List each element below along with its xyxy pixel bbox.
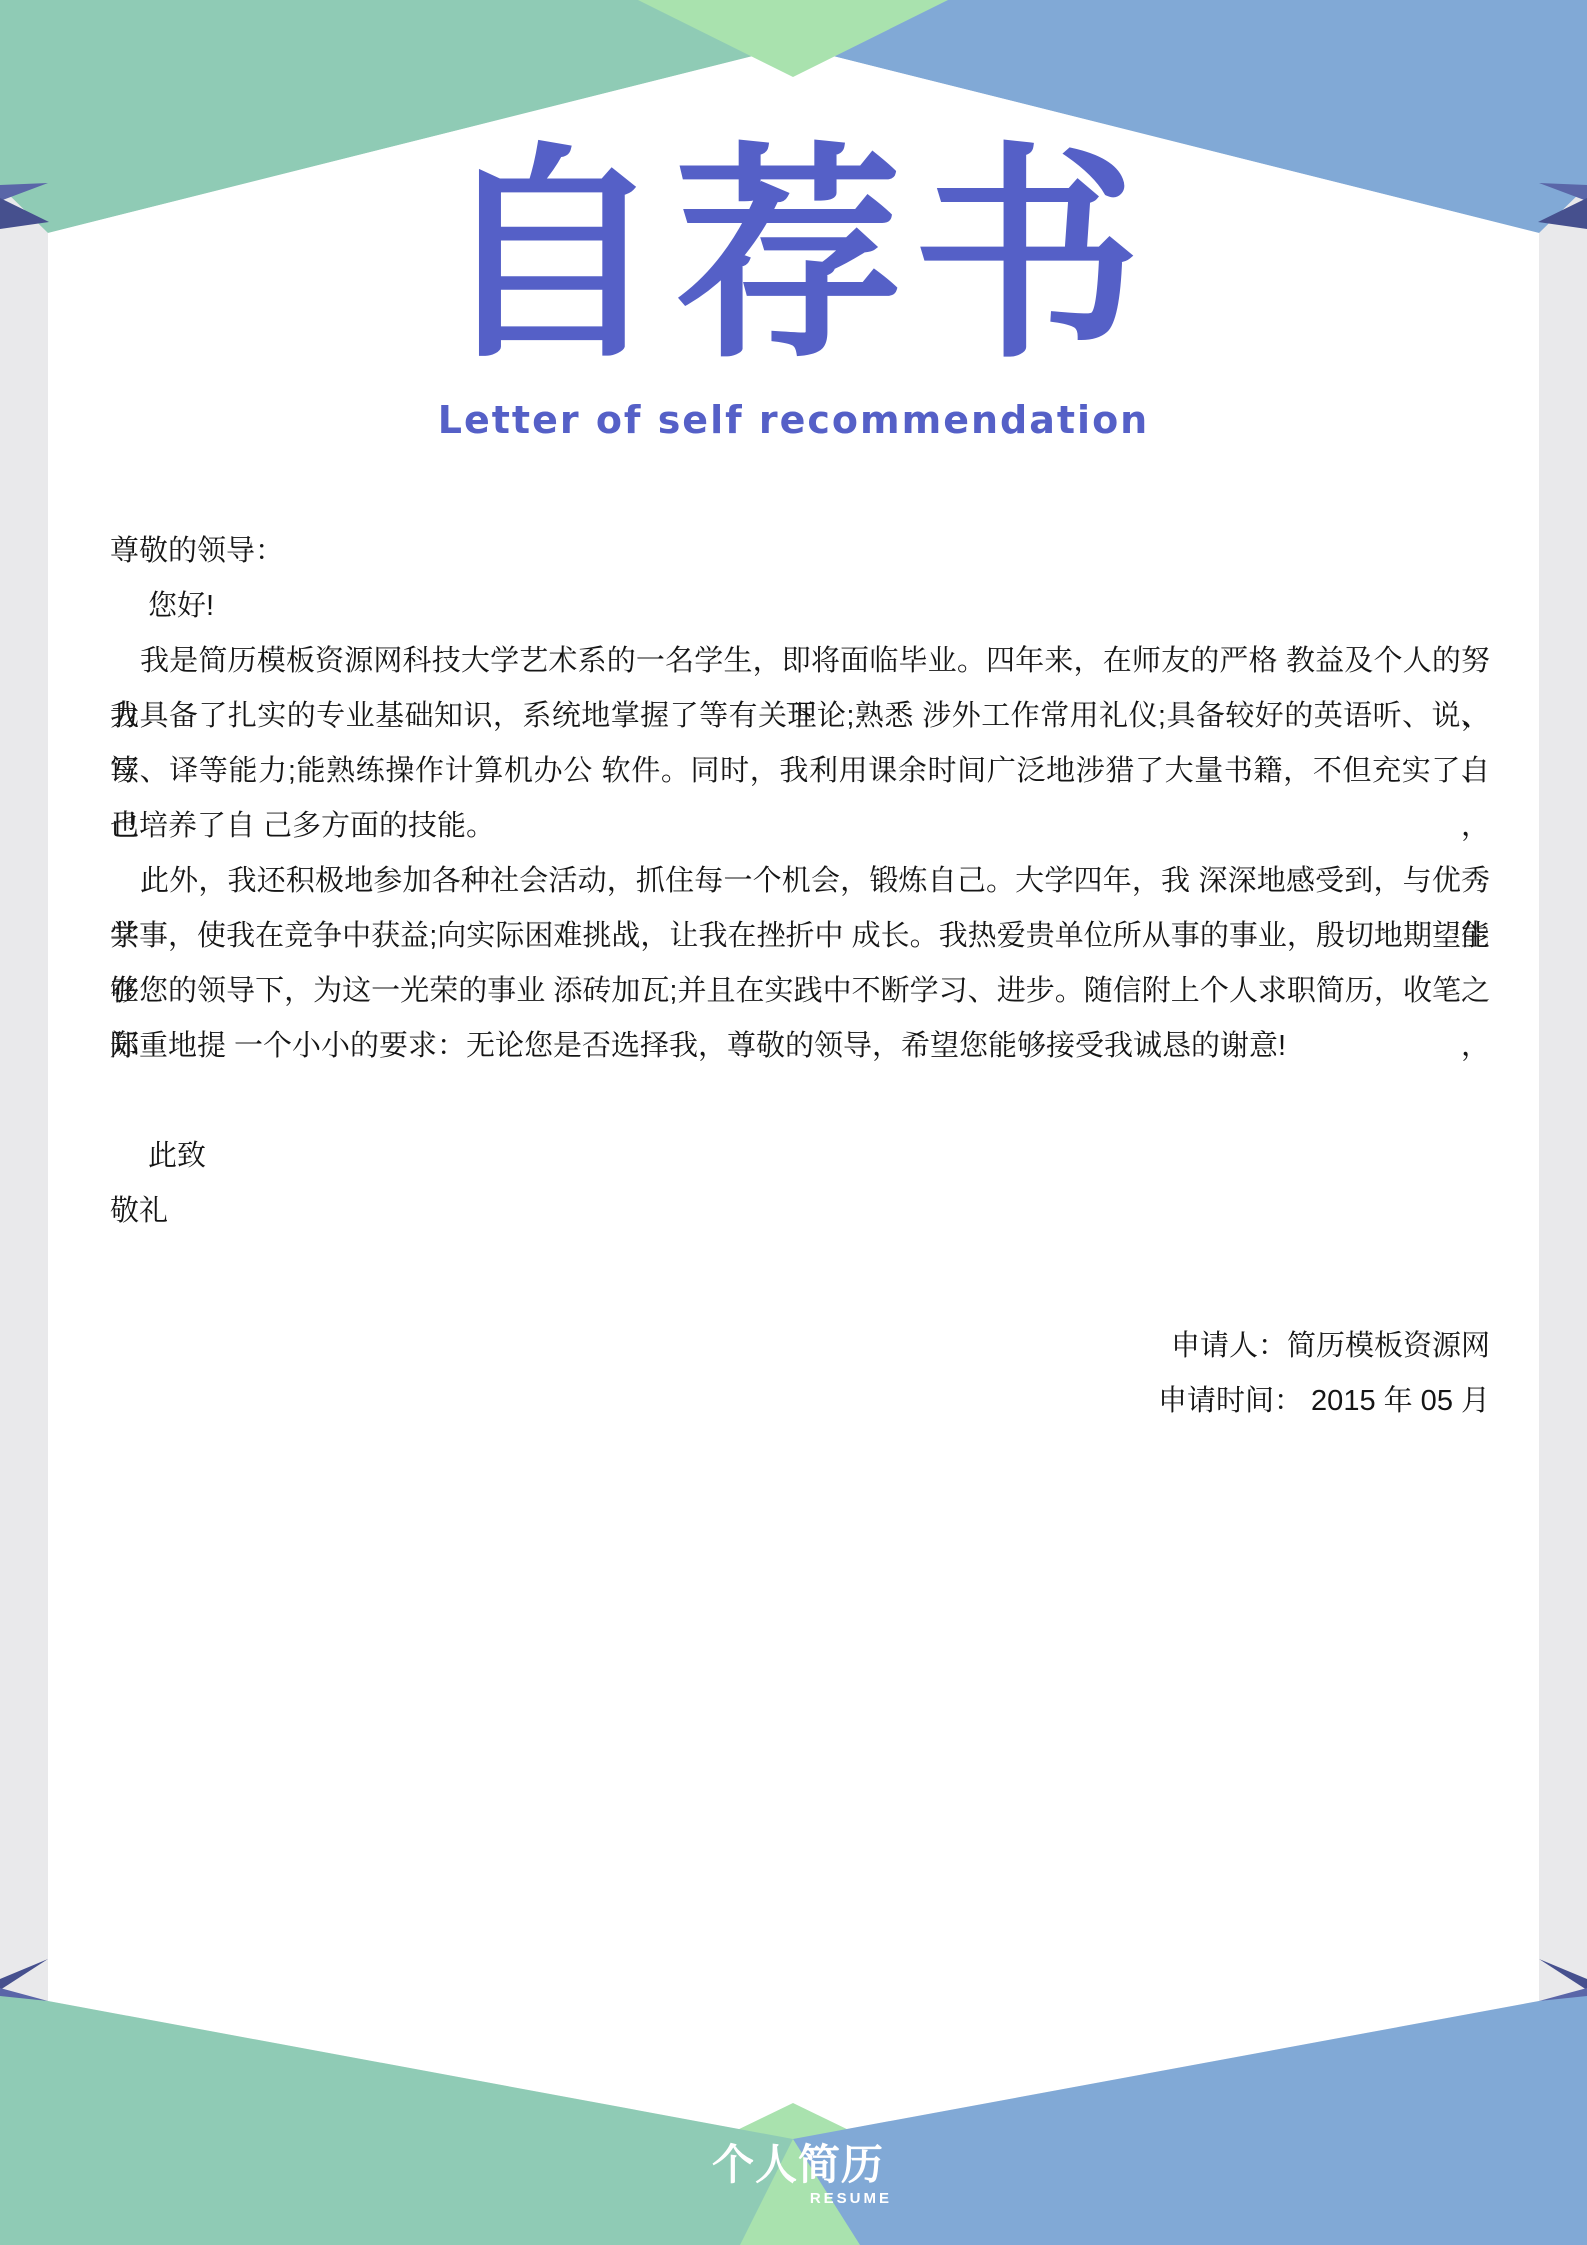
closing-cizhi: 此致 [110, 1129, 1490, 1184]
application-date-line: 申请时间： 2015 年 05 月 [1158, 1374, 1490, 1429]
signoff-block: 申请人：简历模板资源网 申请时间： 2015 年 05 月 [1158, 1319, 1490, 1429]
resume-site-logo: 个人简历 RESUME [712, 2142, 892, 2207]
closing-jingli: 敬礼 [110, 1184, 1490, 1239]
logo-wordmark: 个人简历 [712, 2142, 892, 2188]
page-subtitle: Letter of self recommendation [0, 398, 1587, 442]
paragraph-1-line-2: 我具备了扎实的专业基础知识，系统地掌握了等有关理论;熟悉 涉外工作常用礼仪;具备… [110, 689, 1490, 744]
bottom-left-navy-dark-triangle [0, 1959, 48, 1990]
logo-resume-label: RESUME [712, 2190, 892, 2207]
paragraph-2-line-1: 此外，我还积极地参加各种社会活动，抓住每一个机会，锻炼自己。大学四年，我 深深地… [110, 854, 1490, 909]
bottom-right-navy-dark-triangle [1539, 1959, 1587, 1990]
salutation: 尊敬的领导： [110, 524, 1490, 579]
greeting: 您好! [110, 579, 1490, 634]
applicant-line: 申请人：简历模板资源网 [1158, 1319, 1490, 1374]
paragraph-1-line-3: 写、译等能力;能熟练操作计算机办公 软件。同时，我利用课余时间广泛地涉猎了大量书… [110, 744, 1490, 799]
page-title: 自荐书 [0, 128, 1587, 383]
letter-page: 自荐书 Letter of self recommendation 尊敬的领导：… [0, 0, 1587, 2245]
blank-line [110, 1074, 1490, 1129]
paragraph-2-line-2: 共事，使我在竞争中获益;向实际困难挑战，让我在挫折中 成长。我热爱贵单位所从事的… [110, 909, 1490, 964]
letter-body: 尊敬的领导： 您好! 我是简历模板资源网科技大学艺术系的一名学生，即将面临毕业。… [110, 524, 1490, 1239]
paragraph-1-line-1: 我是简历模板资源网科技大学艺术系的一名学生，即将面临毕业。四年来，在师友的严格 … [110, 634, 1490, 689]
paragraph-2-line-3: 在您的领导下，为这一光荣的事业 添砖加瓦;并且在实践中不断学习、进步。随信附上个… [110, 964, 1490, 1019]
paragraph-2-line-4: 郑重地提 一个小小的要求：无论您是否选择我，尊敬的领导，希望您能够接受我诚恳的谢… [110, 1019, 1490, 1074]
